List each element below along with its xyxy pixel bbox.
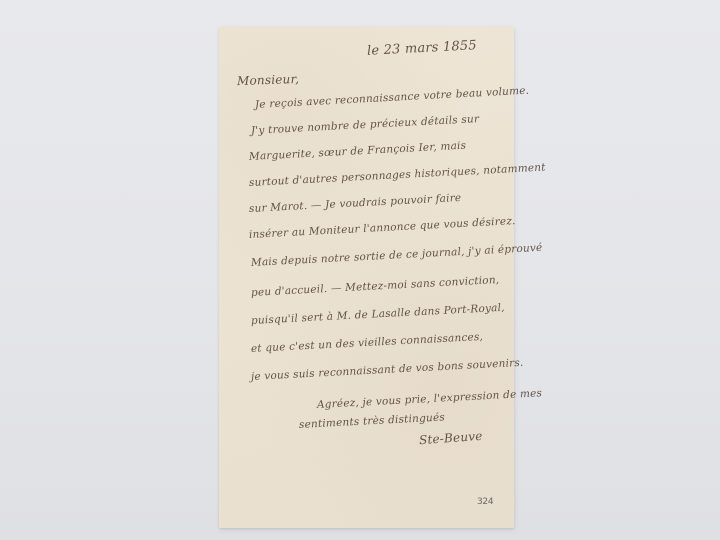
letter-signature: Ste-Beuve: [419, 429, 483, 447]
letter-salutation: Monsieur,: [237, 72, 300, 88]
letter-closing: Agréez, je vous prie, l'expression de me…: [317, 387, 543, 411]
letter-line: Mais depuis notre sortie de ce journal, …: [251, 242, 543, 269]
letter-line: insérer au Moniteur l'annonce que vous d…: [249, 215, 516, 241]
letter-line: je vous suis reconnaissant de vos bons s…: [251, 357, 524, 383]
letter-line: peu d'accueil. — Mettez-moi sans convict…: [251, 274, 500, 299]
letter-line: J'y trouve nombre de précieux détails su…: [251, 113, 480, 137]
letter-line: et que c'est un des vieilles connaissanc…: [251, 331, 484, 355]
letter-line: puisqu'il sert à M. de Lasalle dans Port…: [251, 302, 505, 327]
letter-line: sur Marot. — Je voudrais pouvoir faire: [249, 192, 462, 215]
letter-date: le 23 mars 1855: [367, 38, 477, 59]
page-number: 324: [477, 497, 493, 507]
letter-line: Marguerite, sœur de François Ier, mais: [249, 140, 467, 163]
letter-line: Je reçois avec reconnaissance votre beau…: [255, 85, 530, 111]
letter-paper: le 23 mars 1855 Monsieur, Je reçois avec…: [219, 27, 514, 528]
letter-closing: sentiments très distingués: [299, 411, 446, 431]
letter-line: surtout d'autres personnages historiques…: [249, 161, 546, 189]
